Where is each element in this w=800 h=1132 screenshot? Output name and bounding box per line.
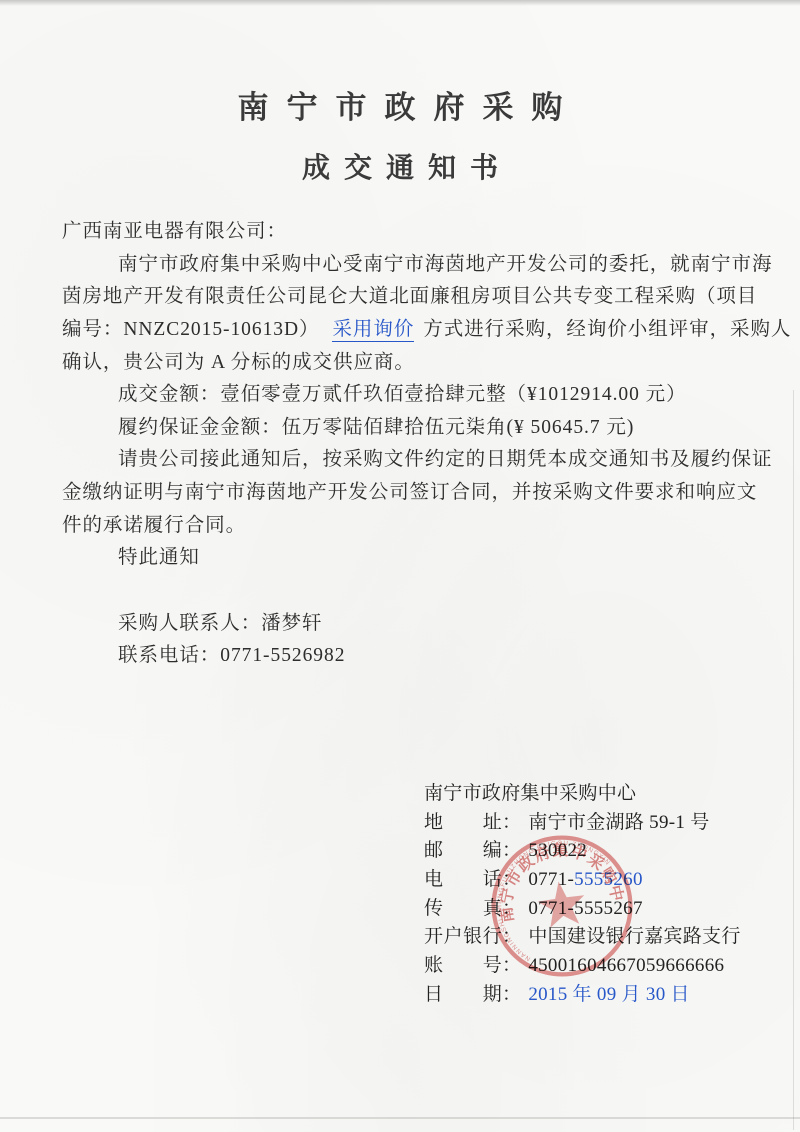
official-stamp: 南宁市政府集中采购中心 NANNINGSHI ZHENGFU JIZHONG C… (455, 799, 670, 1014)
issuer-org-name: 南宁市政府集中采购中心 (424, 780, 754, 809)
star-icon (535, 878, 588, 929)
closing-line: 特此通知 (62, 542, 744, 575)
recipient-line: 广西南亚电器有限公司： (62, 216, 744, 249)
paragraph1-line3: 编号：NNZC2015-10613D）采用询价方式进行采购，经询价小组评审，采购… (62, 314, 744, 347)
paragraph1-line4: 确认，贵公司为 A 分标的成交供应商。 (62, 347, 744, 380)
blank-line (62, 575, 744, 608)
paragraph1-line3-rest: 方式进行采购，经询价小组评审，采购人 (423, 319, 791, 340)
deal-amount-line: 成交金额：壹佰零壹万贰仟玖佰壹拾肆元整（¥1012914.00 元） (62, 379, 744, 412)
document-body: 广西南亚电器有限公司： 南宁市政府集中采购中心受南宁市海茵地产开发公司的委托，就… (62, 216, 744, 673)
project-number-text: 编号：NNZC2015-10613D） (62, 319, 319, 340)
procurement-method-highlight: 采用询价 (332, 319, 414, 342)
scan-edge-top (0, 0, 800, 6)
document-title-line2: 成交通知书 (0, 146, 800, 186)
bond-amount-line: 履约保证金金额：伍万零陆佰肆拾伍元柒角(¥ 50645.7 元) (62, 412, 744, 445)
paragraph1-line1: 南宁市政府集中采购中心受南宁市海茵地产开发公司的委托，就南宁市海 (62, 249, 744, 282)
scanned-document-page: 南宁市政府采购 成交通知书 广西南亚电器有限公司： 南宁市政府集中采购中心受南宁… (0, 0, 800, 1132)
contact-phone-line: 联系电话：0771-5526982 (62, 640, 744, 673)
paragraph1-line2: 茵房地产开发有限责任公司昆仑大道北面廉租房项目公共专变工程采购（项目 (62, 281, 744, 314)
paragraph2-line3: 件的承诺履行合同。 (62, 510, 744, 543)
paragraph2-line1: 请贵公司接此通知后，按采购文件约定的日期凭本成交通知书及履约保证 (62, 444, 744, 477)
paragraph2-line2: 金缴纳证明与南宁市海茵地产开发公司签订合同，并按采购文件要求和响应文 (62, 477, 744, 510)
scan-edge-right (793, 390, 794, 1130)
scan-edge-bottom (0, 1117, 800, 1119)
document-title-line1: 南宁市政府采购 (0, 82, 800, 127)
contact-person-line: 采购人联系人：潘梦轩 (62, 608, 744, 641)
